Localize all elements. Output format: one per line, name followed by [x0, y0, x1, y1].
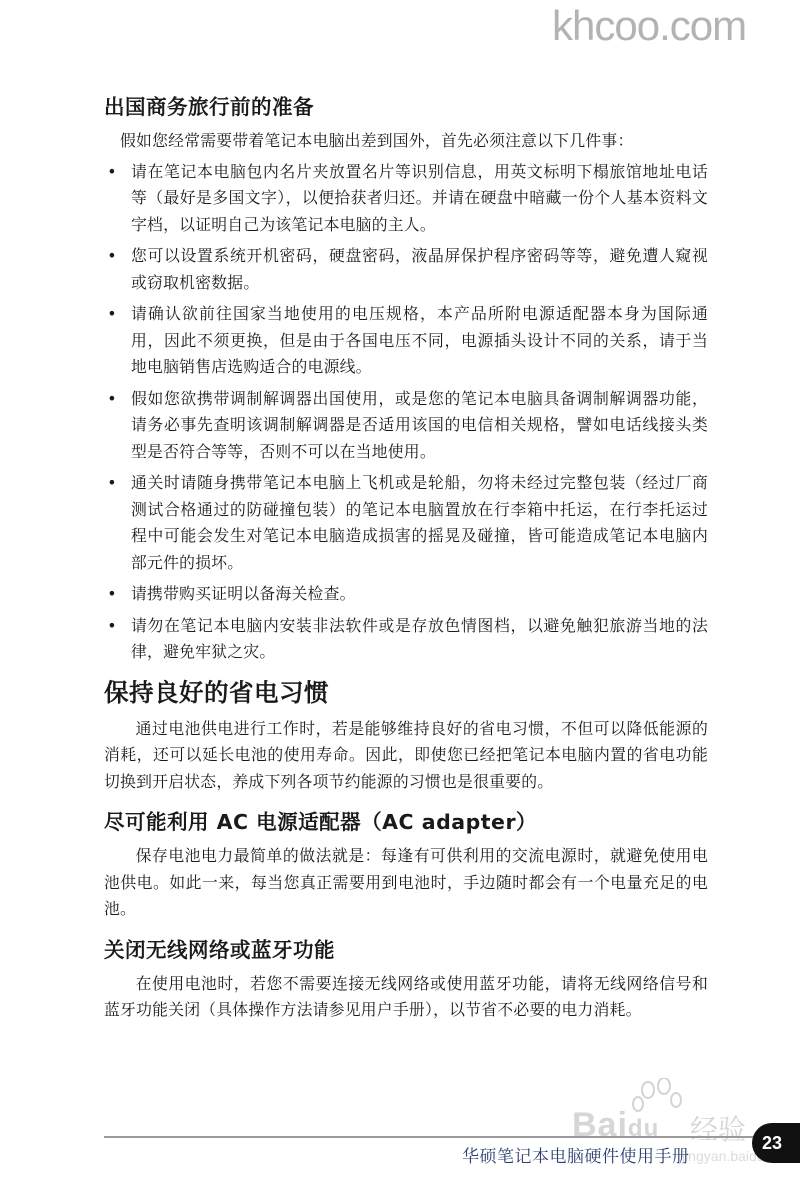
list-item: •请勿在笔记本电脑内安装非法软件或是存放色情图档，以避免触犯旅游当地的法律，避免…	[104, 613, 708, 666]
section-paragraph: 在使用电池时，若您不需要连接无线网络或使用蓝牙功能，请将无线网络信号和蓝牙功能关…	[104, 971, 708, 1024]
section-wireless: 关闭无线网络或蓝牙功能 在使用电池时，若您不需要连接无线网络或使用蓝牙功能，请将…	[104, 935, 708, 1024]
section-title: 尽可能利用 AC 电源适配器（AC adapter）	[104, 807, 708, 837]
bullet-icon: •	[107, 301, 117, 328]
section-title: 出国商务旅行前的准备	[104, 92, 708, 122]
list-item: •请携带购买证明以备海关检查。	[104, 581, 708, 608]
bullet-icon: •	[107, 243, 117, 270]
bullet-icon: •	[107, 613, 117, 640]
paw-icon	[630, 1078, 690, 1118]
baidu-jingyan-text: 经验	[690, 1108, 746, 1148]
section-title: 保持良好的省电习惯	[104, 676, 708, 710]
list-item: •请在笔记本电脑包内名片夹放置名片等识别信息，用英文标明下榻旅馆地址电话等（最好…	[104, 159, 708, 239]
bullet-icon: •	[107, 159, 117, 186]
page-number-badge: 23	[752, 1123, 800, 1163]
section-intro: 假如您经常需要带着笔记本电脑出差到国外，首先必须注意以下几件事：	[104, 128, 708, 155]
list-item: •您可以设置系统开机密码，硬盘密码，液晶屏保护程序密码等等，避免遭人窥视或窃取机…	[104, 243, 708, 296]
list-item-text: 请在笔记本电脑包内名片夹放置名片等识别信息，用英文标明下榻旅馆地址电话等（最好是…	[131, 162, 708, 234]
section-travel-preparation: 出国商务旅行前的准备 假如您经常需要带着笔记本电脑出差到国外，首先必须注意以下几…	[104, 92, 708, 666]
bullet-icon: •	[107, 470, 117, 497]
list-item-text: 请携带购买证明以备海关检查。	[131, 584, 356, 603]
section-ac-adapter: 尽可能利用 AC 电源适配器（AC adapter） 保存电池电力最简单的做法就…	[104, 807, 708, 923]
bullet-list: •请在笔记本电脑包内名片夹放置名片等识别信息，用英文标明下榻旅馆地址电话等（最好…	[104, 159, 708, 666]
list-item-text: 请勿在笔记本电脑内安装非法软件或是存放色情图档，以避免触犯旅游当地的法律，避免牢…	[131, 616, 708, 662]
site-watermark: khcoo.com	[552, 2, 746, 50]
list-item-text: 假如您欲携带调制解调器出国使用，或是您的笔记本电脑具备调制解调器功能，请务必事先…	[131, 389, 708, 461]
bullet-icon: •	[107, 386, 117, 413]
section-power-saving: 保持良好的省电习惯 通过电池供电进行工作时，若是能够维持良好的省电习惯，不但可以…	[104, 676, 708, 796]
footer-divider	[104, 1136, 754, 1138]
list-item-text: 您可以设置系统开机密码，硬盘密码，液晶屏保护程序密码等等，避免遭人窥视或窃取机密…	[131, 246, 708, 292]
list-item: •假如您欲携带调制解调器出国使用，或是您的笔记本电脑具备调制解调器功能，请务必事…	[104, 386, 708, 466]
footer-manual-title: 华硕笔记本电脑硬件使用手册	[462, 1142, 690, 1167]
section-paragraph: 通过电池供电进行工作时，若是能够维持良好的省电习惯，不但可以降低能源的消耗，还可…	[104, 716, 708, 796]
section-paragraph: 保存电池电力最简单的做法就是：每逢有可供利用的交流电源时，就避免使用电池供电。如…	[104, 843, 708, 923]
bullet-icon: •	[107, 581, 117, 608]
section-title: 关闭无线网络或蓝牙功能	[104, 935, 708, 965]
list-item: •通关时请随身携带笔记本电脑上飞机或是轮船，勿将未经过完整包装（经过厂商测试合格…	[104, 470, 708, 576]
list-item-text: 请确认欲前往国家当地使用的电压规格，本产品所附电源适配器本身为国际通用，因此不须…	[131, 304, 708, 376]
list-item: •请确认欲前往国家当地使用的电压规格，本产品所附电源适配器本身为国际通用，因此不…	[104, 301, 708, 381]
baidu-wordmark: Baidu	[572, 1106, 659, 1145]
document-page: 出国商务旅行前的准备 假如您经常需要带着笔记本电脑出差到国外，首先必须注意以下几…	[104, 92, 708, 1024]
list-item-text: 通关时请随身携带笔记本电脑上飞机或是轮船，勿将未经过完整包装（经过厂商测试合格通…	[131, 473, 708, 572]
